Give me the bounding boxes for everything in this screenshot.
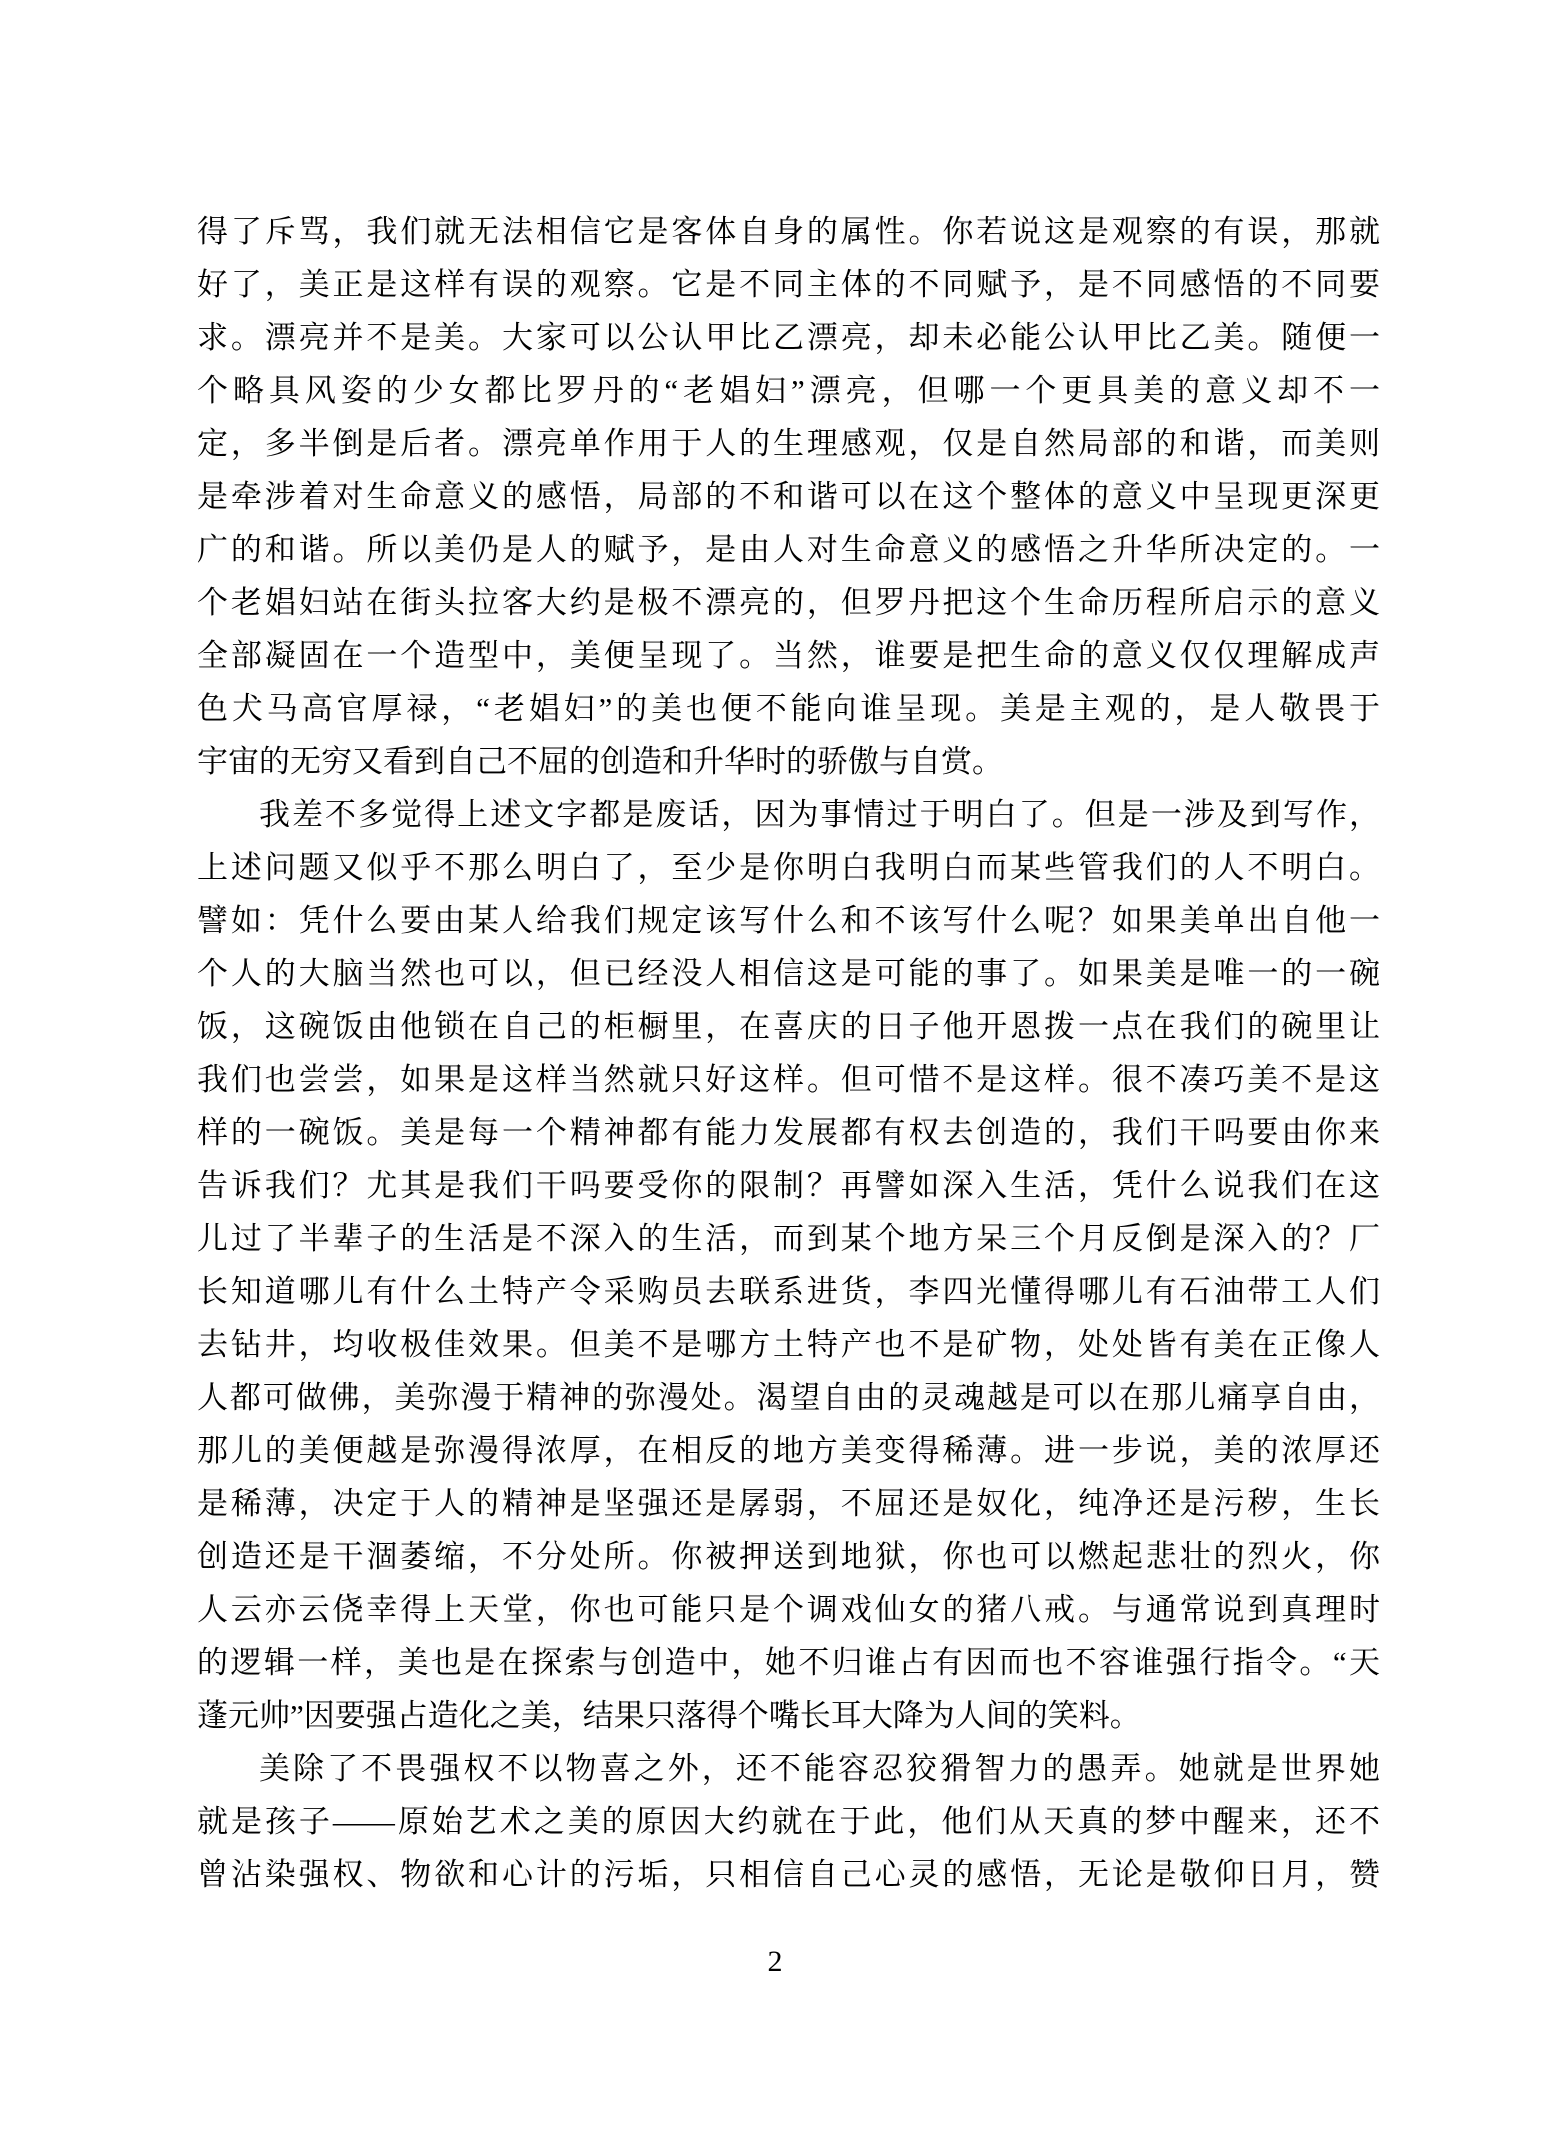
text-line: 就是孩子——原始艺术之美的原因大约就在于此，他们从天真的梦中醒来，还不 <box>197 1795 1380 1848</box>
text-line: 好了，美正是这样有误的观察。它是不同主体的不同赋予，是不同感悟的不同要 <box>197 258 1380 311</box>
document-page: 得了斥骂，我们就无法相信它是客体自身的属性。你若说这是观察的有误，那就好了，美正… <box>0 0 1550 2150</box>
text-line: 样的一碗饭。美是每一个精神都有能力发展都有权去创造的，我们干吗要由你来 <box>197 1106 1380 1159</box>
text-line: 是牵涉着对生命意义的感悟，局部的不和谐可以在这个整体的意义中呈现更深更 <box>197 470 1380 523</box>
text-line: 我差不多觉得上述文字都是废话，因为事情过于明白了。但是一涉及到写作， <box>197 788 1380 841</box>
text-line: 全部凝固在一个造型中，美便呈现了。当然，谁要是把生命的意义仅仅理解成声 <box>197 629 1380 682</box>
text-line: 儿过了半辈子的生活是不深入的生活，而到某个地方呆三个月反倒是深入的？厂 <box>197 1212 1380 1265</box>
paragraph: 美除了不畏强权不以物喜之外，还不能容忍狡猾智力的愚弄。她就是世界她就是孩子——原… <box>197 1742 1380 1901</box>
text-line: 求。漂亮并不是美。大家可以公认甲比乙漂亮，却未必能公认甲比乙美。随便一 <box>197 311 1380 364</box>
text-line: 我们也尝尝，如果是这样当然就只好这样。但可惜不是这样。很不凑巧美不是这 <box>197 1053 1380 1106</box>
text-line: 得了斥骂，我们就无法相信它是客体自身的属性。你若说这是观察的有误，那就 <box>197 205 1380 258</box>
text-line: 个略具风姿的少女都比罗丹的“老娼妇”漂亮，但哪一个更具美的意义却不一 <box>197 364 1380 417</box>
text-line: 饭，这碗饭由他锁在自己的柜橱里，在喜庆的日子他开恩拨一点在我们的碗里让 <box>197 1000 1380 1053</box>
text-line: 人云亦云侥幸得上天堂，你也可能只是个调戏仙女的猪八戒。与通常说到真理时 <box>197 1583 1380 1636</box>
text-line: 个老娼妇站在街头拉客大约是极不漂亮的，但罗丹把这个生命历程所启示的意义 <box>197 576 1380 629</box>
text-line: 创造还是干涸萎缩，不分处所。你被押送到地狱，你也可以燃起悲壮的烈火，你 <box>197 1530 1380 1583</box>
text-line: 人都可做佛，美弥漫于精神的弥漫处。渴望自由的灵魂越是可以在那儿痛享自由， <box>197 1371 1380 1424</box>
text-column: 得了斥骂，我们就无法相信它是客体自身的属性。你若说这是观察的有误，那就好了，美正… <box>197 205 1380 1901</box>
text-line: 去钻井，均收极佳效果。但美不是哪方土特产也不是矿物，处处皆有美在正像人 <box>197 1318 1380 1371</box>
text-line: 告诉我们？尤其是我们干吗要受你的限制？再譬如深入生活，凭什么说我们在这 <box>197 1159 1380 1212</box>
text-line: 上述问题又似乎不那么明白了，至少是你明白我明白而某些管我们的人不明白。 <box>197 841 1380 894</box>
paragraph: 得了斥骂，我们就无法相信它是客体自身的属性。你若说这是观察的有误，那就好了，美正… <box>197 205 1380 788</box>
text-line: 那儿的美便越是弥漫得浓厚，在相反的地方美变得稀薄。进一步说，美的浓厚还 <box>197 1424 1380 1477</box>
text-line: 美除了不畏强权不以物喜之外，还不能容忍狡猾智力的愚弄。她就是世界她 <box>197 1742 1380 1795</box>
text-line: 长知道哪儿有什么土特产令采购员去联系进货，李四光懂得哪儿有石油带工人们 <box>197 1265 1380 1318</box>
paragraph: 我差不多觉得上述文字都是废话，因为事情过于明白了。但是一涉及到写作，上述问题又似… <box>197 788 1380 1742</box>
text-line: 是稀薄，决定于人的精神是坚强还是孱弱，不屈还是奴化，纯净还是污秽，生长 <box>197 1477 1380 1530</box>
text-line: 广的和谐。所以美仍是人的赋予，是由人对生命意义的感悟之升华所决定的。一 <box>197 523 1380 576</box>
text-line: 蓬元帅”因要强占造化之美，结果只落得个嘴长耳大降为人间的笑料。 <box>197 1689 1380 1742</box>
text-line: 的逻辑一样，美也是在探索与创造中，她不归谁占有因而也不容谁强行指令。“天 <box>197 1636 1380 1689</box>
text-line: 譬如：凭什么要由某人给我们规定该写什么和不该写什么呢？如果美单出自他一 <box>197 894 1380 947</box>
text-line: 色犬马高官厚禄，“老娼妇”的美也便不能向谁呈现。美是主观的，是人敬畏于 <box>197 682 1380 735</box>
text-line: 定，多半倒是后者。漂亮单作用于人的生理感观，仅是自然局部的和谐，而美则 <box>197 417 1380 470</box>
page-number: 2 <box>0 1942 1550 1982</box>
text-line: 个人的大脑当然也可以，但已经没人相信这是可能的事了。如果美是唯一的一碗 <box>197 947 1380 1000</box>
text-line: 曾沾染强权、物欲和心计的污垢，只相信自己心灵的感悟，无论是敬仰日月，赞 <box>197 1848 1380 1901</box>
text-line: 宇宙的无穷又看到自己不屈的创造和升华时的骄傲与自赏。 <box>197 735 1380 788</box>
